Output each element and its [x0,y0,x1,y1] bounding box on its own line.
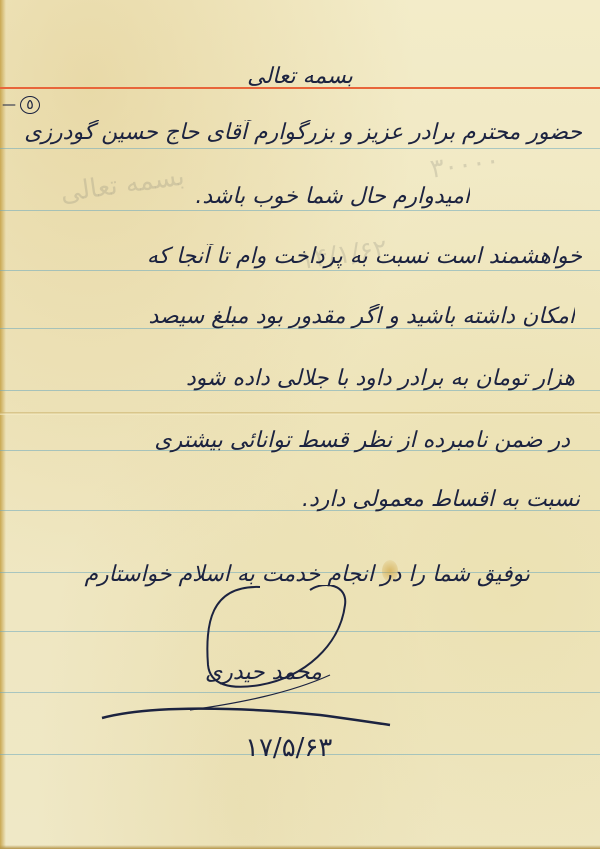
body-line: امیدوارم حال شما خوب باشد. [14,184,470,209]
signature-name: محمد حیدری [205,660,322,685]
paper-edge-left [0,0,6,849]
letter-date: ۱۷/۵/۶۳ [245,733,332,763]
paper-edge-bottom [0,845,600,849]
ruled-line [0,270,600,271]
ruled-line [0,148,600,149]
page-marker: —٥ [2,96,40,114]
ruled-line [0,210,600,211]
body-line: توفیق شما را در انجام خدمت به اسلام خواس… [20,562,530,587]
letter-heading: بسمه تعالی [0,64,600,89]
letter-paper: ۱۴/۱/۶۲ ۳۰۰۰۰ بسمه تعالی —٥ بسمه تعالی ح… [0,0,600,849]
paper-fold-crease [0,412,600,415]
body-line: امکان داشته باشید و اگر مقدور بود مبلغ س… [40,304,575,329]
body-line: در ضمن نامبرده از نظر قسط توانائی بیشتری [60,428,570,453]
body-line: هزار تومان به برادر داود با جلالی داده ش… [70,366,575,391]
body-line: خواهشمند است نسبت به پرداخت وام تا آنجا … [14,244,582,269]
body-line: حضور محترم برادر عزیز و بزرگوارم آقای حا… [14,120,582,145]
bleed-through-text: ۳۰۰۰۰ [428,145,501,184]
body-line: نسبت به اقساط معمولی دارد. [160,487,580,512]
